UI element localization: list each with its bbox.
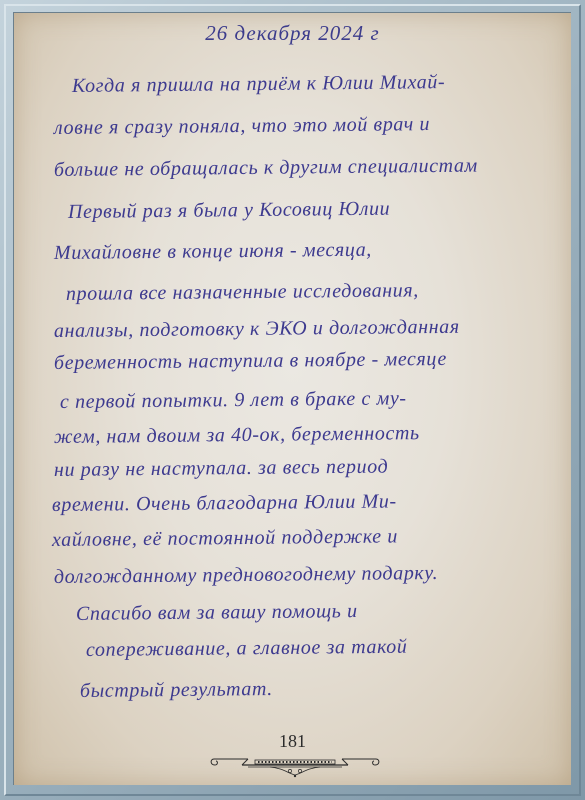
letter-line: времени. Очень благодарна Юлии Ми- [52, 490, 397, 517]
letter-line: хайловне, её постоянной поддержке и [52, 525, 398, 552]
letter-line: Михайловне в конце июня - месяца, [54, 239, 372, 265]
letter-line: Когда я пришла на приём к Юлии Михай- [72, 71, 445, 98]
page-footer: 181 [14, 731, 571, 781]
letter-line: прошла все назначенные исследования, [66, 279, 419, 306]
letter-line: Спасибо вам за вашу помощь и [76, 600, 358, 626]
page-number: 181 [14, 731, 571, 752]
letter-line: быстрый результат. [80, 678, 273, 703]
letter-line: сопереживание, а главное за такой [86, 636, 408, 662]
letter-line: беременность наступила в ноябре - месяце [54, 348, 447, 375]
picture-frame: 26 декабря 2024 г Когда я пришла на приё… [0, 0, 585, 800]
decorative-ornament-icon [210, 753, 380, 779]
letter-body: Когда я пришла на приём к Юлии Михай- ло… [14, 13, 571, 785]
letter-line: анализы, подготовку к ЭКО и долгожданная [54, 316, 460, 343]
letter-line: долгожданному предновогоднему подарку. [54, 562, 438, 589]
letter-line: ловне я сразу поняла, что это мой врач и [54, 113, 430, 140]
letter-line: с первой попытки. 9 лет в браке с му- [60, 387, 407, 414]
letter-line: Первый раз я была у Косовиц Юлии [68, 198, 390, 224]
letter-page: 26 декабря 2024 г Когда я пришла на приё… [13, 12, 571, 785]
letter-line: больше не обращалась к другим специалист… [54, 155, 478, 182]
letter-line: жем, нам двоим за 40-ок, беременность [54, 422, 420, 449]
letter-line: ни разу не наступала. за весь период [54, 456, 388, 482]
